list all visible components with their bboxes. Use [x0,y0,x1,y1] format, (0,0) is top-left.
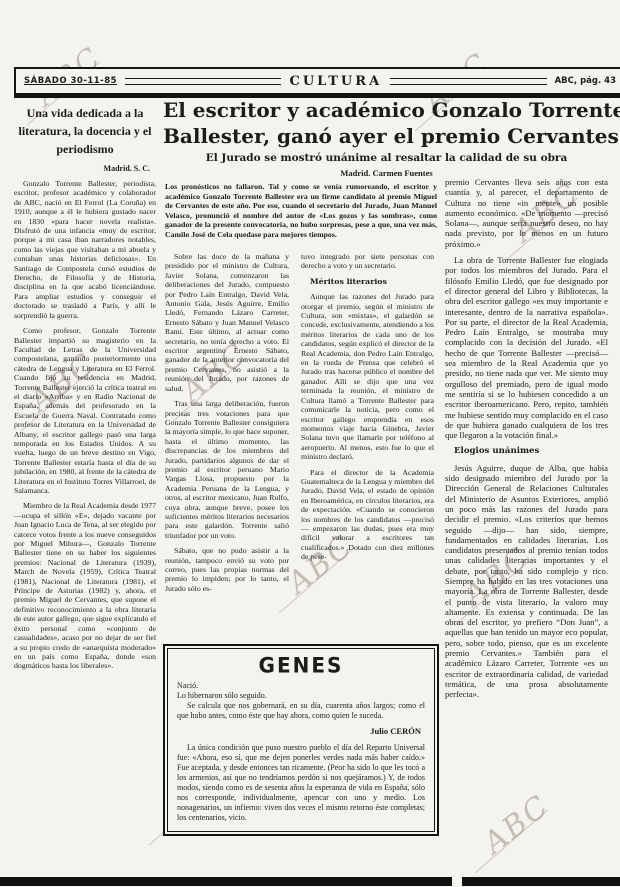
intro-paragraph: Los pronósticos no fallaron. Tal y como … [165,182,437,240]
subsection-heading-elogios: Elogios unánimes [445,446,608,456]
body-paragraph: Sábato, que no pudo asistir a la reunión… [165,546,289,593]
section-title: CULTURA [289,74,382,89]
sidebar-biography: Una vida dedicada a la literatura, la do… [14,104,156,677]
body-paragraph: La obra de Torrente Ballester fue elogia… [445,255,608,440]
sidebar-paragraph: Miembro de la Real Academia desde 1977 —… [14,501,156,670]
body-paragraph: Tras una larga deliberación, fueron prec… [165,399,289,540]
page-reference: ABC, pág. 43 [555,76,616,86]
body-paragraph: premio Cervantes lleva seis años con est… [445,177,608,249]
genes-author-signature: Julio CERÓN [177,726,421,736]
article-column-3: premio Cervantes lleva seis años con est… [445,177,608,706]
masthead-rule [390,78,546,85]
newspaper-page: ABC ABC ABC ABC ABC ABC ABC ABC ABC SÁBA… [0,0,620,887]
genes-title: GENES [177,652,425,678]
article-column-1: Sobre las doce de la mañana y presidido … [165,252,289,599]
masthead-rule [125,78,281,85]
main-headline: El escritor y académico Gonzalo Torrente… [163,97,610,149]
article-subhead: El Jurado se mostró unánime al resaltar … [163,152,610,164]
body-paragraph: Para el director de la Academia Guatemal… [301,468,434,562]
sidebar-paragraph: Gonzalo Torrente Ballester, periodista, … [14,179,156,320]
sidebar-byline: Madrid. S. C. [14,164,150,173]
body-paragraph: tuvo integrado por siete personas con de… [301,252,434,271]
headline-line-1: El escritor y académico Gonzalo Torrente [163,97,610,123]
genes-column-box: GENES Nació. Lo hibernaron sólo seguido.… [163,644,439,836]
body-paragraph: Sobre las doce de la mañana y presidido … [165,252,289,393]
genes-inner-frame: GENES Nació. Lo hibernaron sólo seguido.… [167,648,435,832]
bottom-scan-bar [0,877,452,886]
abc-watermark: ABC [477,774,575,861]
article-column-2: tuvo integrado por siete personas con de… [301,252,434,568]
headline-line-2: Ballester, ganó ayer el premio Cervantes [163,123,610,149]
subsection-heading-meritos: Méritos literarios [301,277,434,286]
sidebar-title: Una vida dedicada a la literatura, la do… [14,104,156,158]
article-intro: Los pronósticos no fallaron. Tal y como … [165,182,437,240]
bottom-scan-bar [462,877,620,886]
genes-paragraph: La única condición que puso nuestro pueb… [177,743,425,823]
body-paragraph: Aunque las razones del Jurado para otorg… [301,292,434,461]
section-masthead: SÁBADO 30-11-85 CULTURA ABC, pág. 43 [14,67,620,98]
body-paragraph: Jesús Aguirre, duque de Alba, que había … [445,463,608,700]
issue-date: SÁBADO 30-11-85 [24,76,117,86]
sidebar-paragraph: Como profesor, Gonzalo Torrente Balleste… [14,326,156,495]
genes-line: Nació. [177,681,425,691]
genes-line: Lo hibernaron sólo seguido. [177,691,425,701]
genes-line: Se calcula que nos gobernará, en su día,… [177,701,425,721]
